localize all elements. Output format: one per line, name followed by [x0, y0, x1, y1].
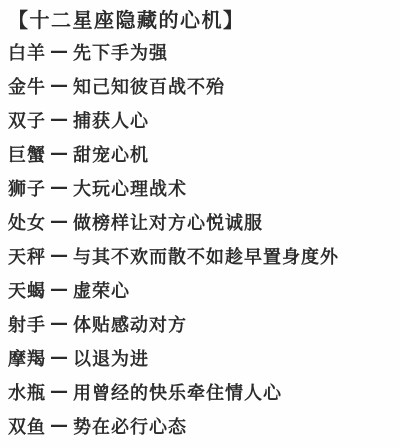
zodiac-line-taurus: 金牛—知己知彼百战不殆	[8, 77, 394, 99]
zodiac-line-sagittarius: 射手—体贴感动对方	[8, 315, 394, 337]
zodiac-scheme: 捕获人心	[73, 111, 149, 132]
dash-separator: —	[50, 211, 69, 233]
zodiac-sign: 射手	[8, 315, 46, 336]
zodiac-sign: 天秤	[8, 247, 46, 268]
zodiac-sign: 天蝎	[8, 281, 46, 302]
dash-separator: —	[50, 347, 69, 369]
zodiac-line-aries: 白羊—先下手为强	[8, 43, 394, 65]
zodiac-line-virgo: 处女—做榜样让对方心悦诚服	[8, 213, 394, 235]
zodiac-scheme: 做榜样让对方心悦诚服	[73, 213, 263, 234]
zodiac-sign: 金牛	[8, 77, 46, 98]
dash-separator: —	[50, 41, 69, 63]
dash-separator: —	[50, 245, 69, 267]
zodiac-sign: 处女	[8, 213, 46, 234]
zodiac-line-leo: 狮子—大玩心理战术	[8, 179, 394, 201]
zodiac-scheme: 体贴感动对方	[73, 315, 187, 336]
zodiac-scheme: 与其不欢而散不如趁早置身度外	[73, 247, 339, 268]
zodiac-scheme: 用曾经的快乐牵住情人心	[73, 383, 282, 404]
dash-separator: —	[50, 279, 69, 301]
zodiac-sign: 白羊	[8, 43, 46, 64]
dash-separator: —	[50, 177, 69, 199]
dash-separator: —	[50, 415, 69, 437]
zodiac-scheme: 甜宠心机	[73, 145, 149, 166]
dash-separator: —	[50, 75, 69, 97]
zodiac-sign: 狮子	[8, 179, 46, 200]
dash-separator: —	[50, 143, 69, 165]
zodiac-line-capricorn: 摩羯—以退为进	[8, 349, 394, 371]
zodiac-scheme: 知己知彼百战不殆	[73, 77, 225, 98]
zodiac-sign: 摩羯	[8, 349, 46, 370]
zodiac-scheme: 大玩心理战术	[73, 179, 187, 200]
zodiac-sign: 双子	[8, 111, 46, 132]
zodiac-line-aquarius: 水瓶—用曾经的快乐牵住情人心	[8, 383, 394, 405]
page-title: 【十二星座隐藏的心机】	[8, 8, 394, 32]
zodiac-scheme: 以退为进	[73, 349, 149, 370]
zodiac-line-cancer: 巨蟹—甜宠心机	[8, 145, 394, 167]
zodiac-sign: 双鱼	[8, 417, 46, 438]
zodiac-line-scorpio: 天蝎—虚荣心	[8, 281, 394, 303]
zodiac-line-pisces: 双鱼—势在必行心态	[8, 417, 394, 439]
zodiac-scheme: 虚荣心	[73, 281, 130, 302]
zodiac-note: 【十二星座隐藏的心机】 白羊—先下手为强 金牛—知己知彼百战不殆 双子—捕获人心…	[0, 0, 400, 448]
zodiac-sign: 巨蟹	[8, 145, 46, 166]
zodiac-sign: 水瓶	[8, 383, 46, 404]
zodiac-scheme: 势在必行心态	[73, 417, 187, 438]
zodiac-scheme: 先下手为强	[73, 43, 168, 64]
zodiac-line-libra: 天秤—与其不欢而散不如趁早置身度外	[8, 247, 394, 269]
zodiac-line-gemini: 双子—捕获人心	[8, 111, 394, 133]
dash-separator: —	[50, 313, 69, 335]
dash-separator: —	[50, 381, 69, 403]
dash-separator: —	[50, 109, 69, 131]
